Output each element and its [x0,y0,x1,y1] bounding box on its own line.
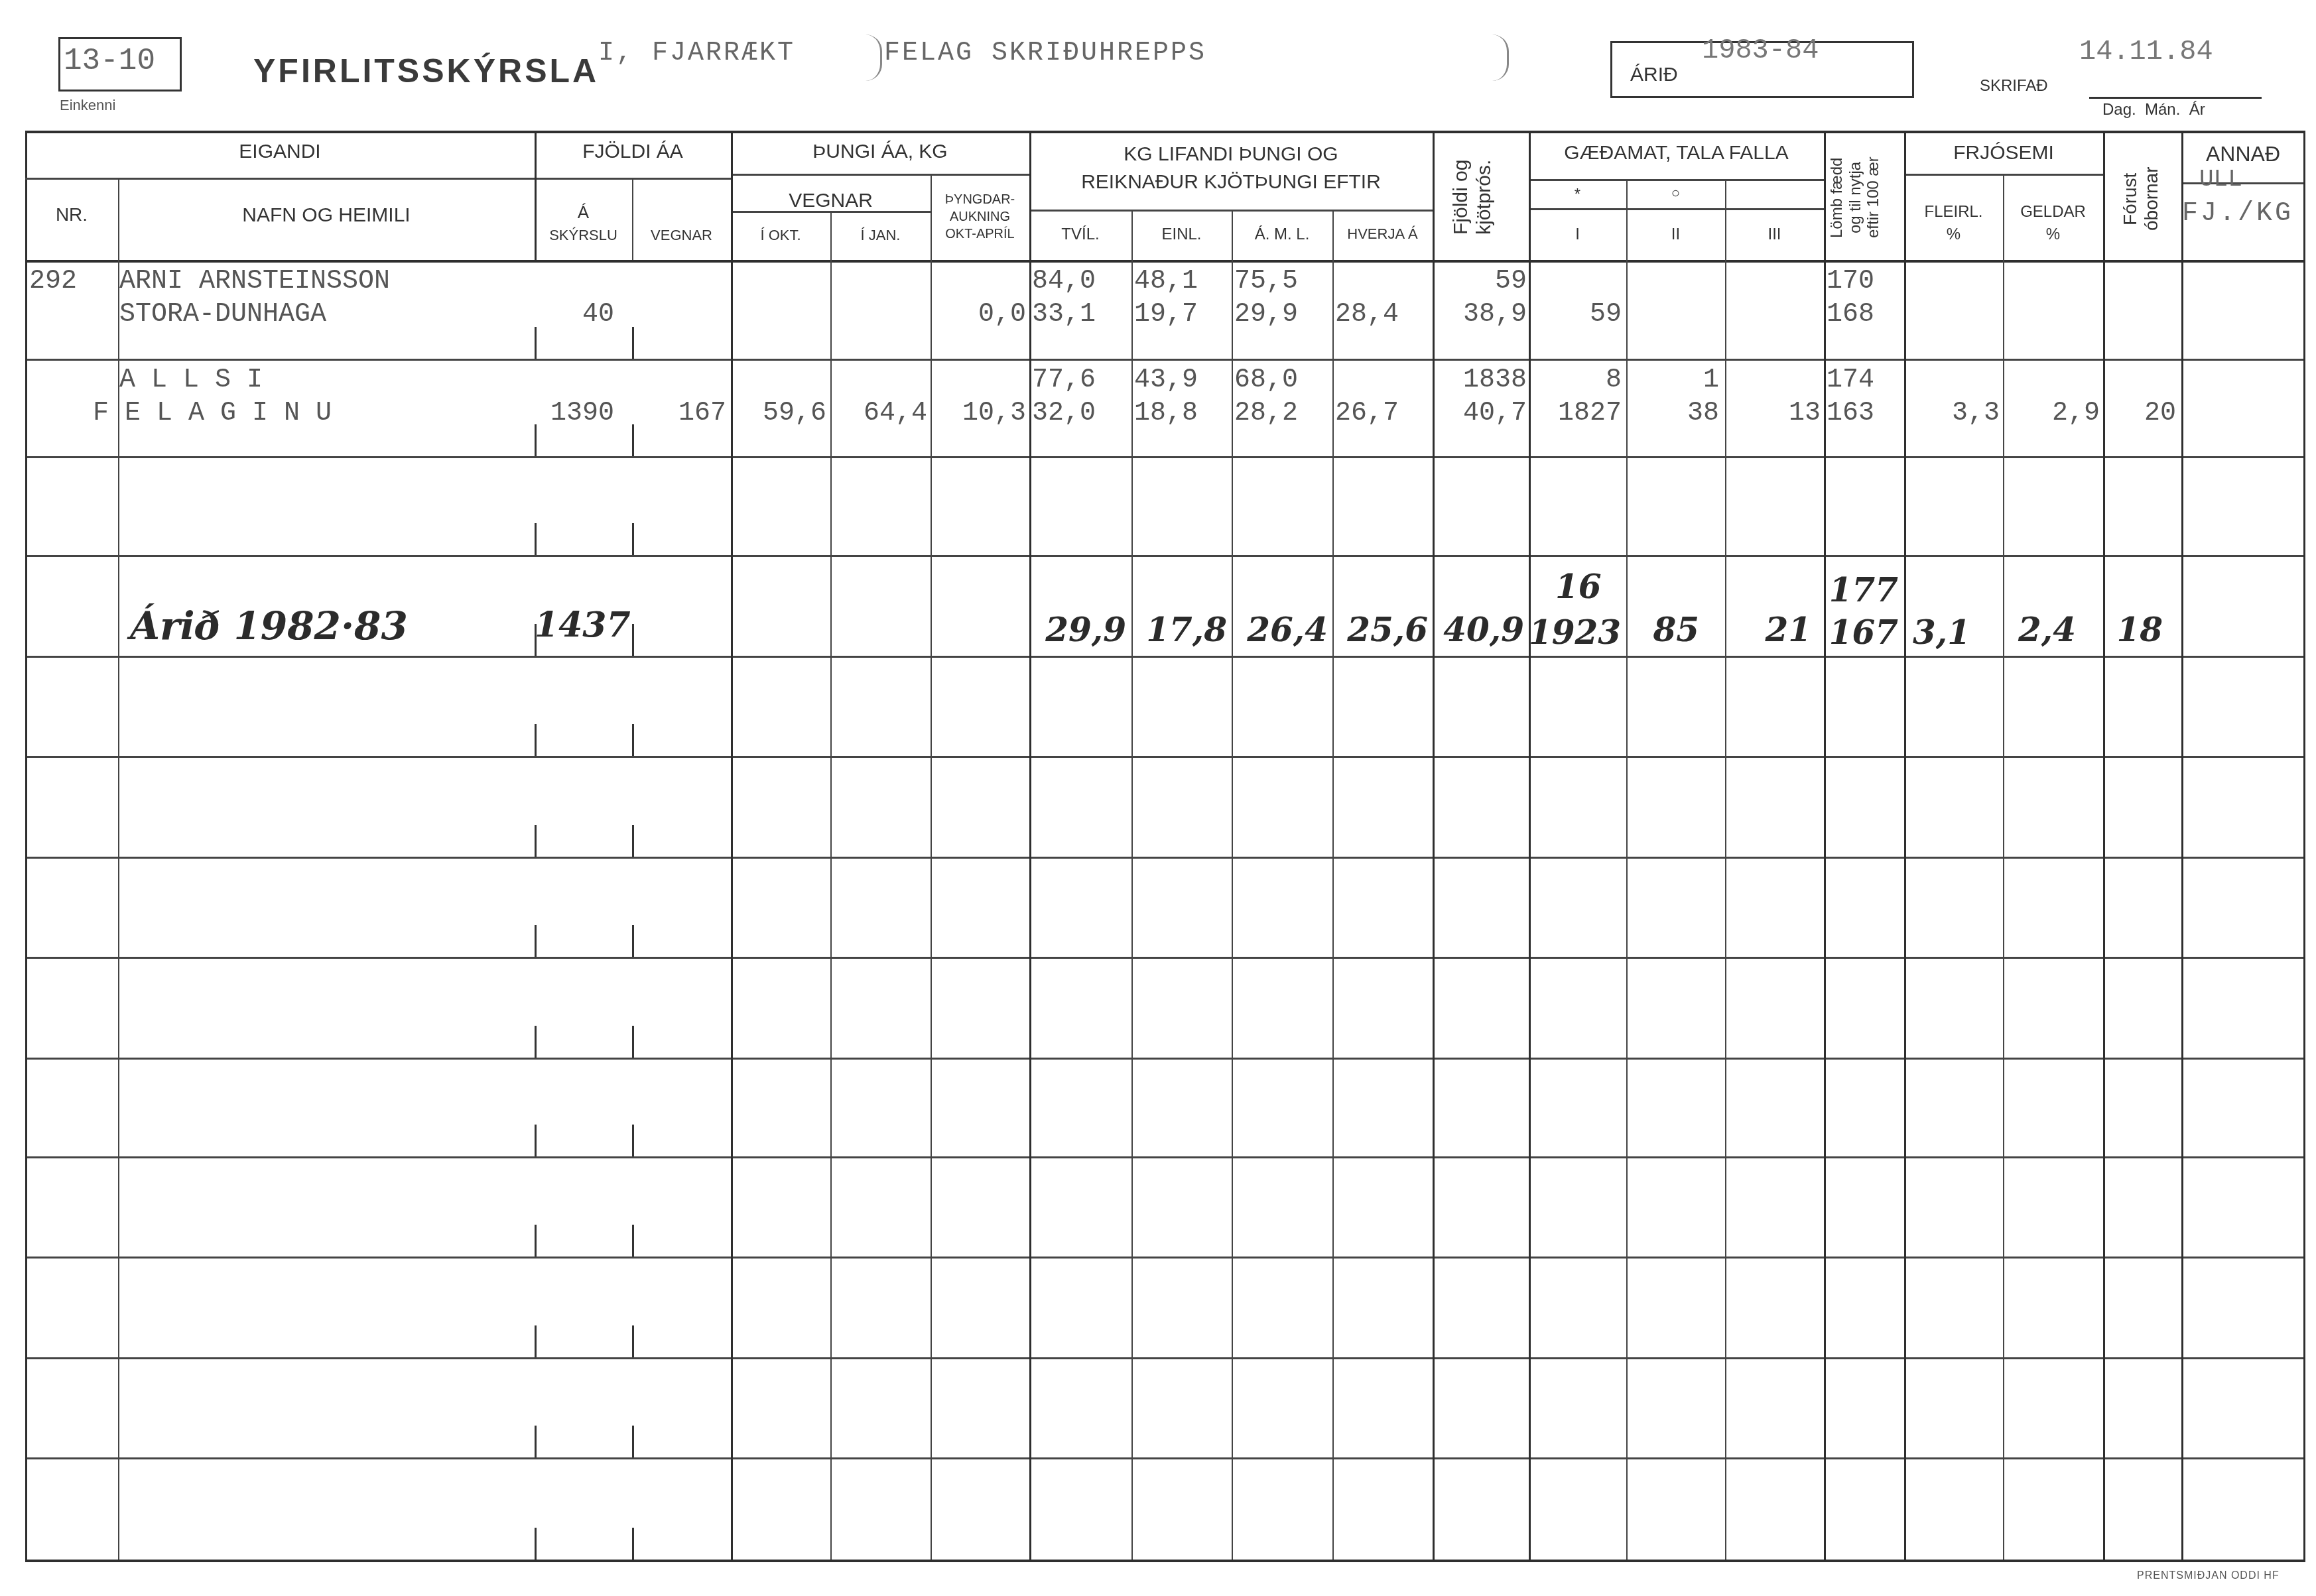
row-fjoldi_kjotpros-bottom: 40,7 [1435,399,1527,428]
header-forust: Fórust óbornar [2120,146,2162,252]
row-name-line2: F E L A G I N U [93,399,531,428]
header-ull-typed: ULL [2199,166,2242,193]
row-aml-bottom: 29,9 [1234,300,1330,330]
column-tick-mark [632,624,634,656]
column-tick-mark [535,327,537,359]
column-tick-mark [632,424,634,456]
written-label: SKRIFAÐ [1980,77,2048,95]
row-name-line1: A L L S I [119,365,531,395]
grid-line [2181,131,2183,1560]
typed-subtitle-association: I, FJARRÆKT [598,38,795,68]
row-vegnar: 167 [632,399,726,428]
id-box-value: 13-10 [64,44,155,78]
header-fleirl-1: FLEIRL. [1904,203,2003,221]
grid-line [25,656,2305,658]
header-i-okt: Í OKT. [731,227,830,244]
row-einl-bottom: 18,8 [1134,399,1229,428]
header-einl: EINL. [1131,225,1232,244]
column-tick-mark [632,523,634,555]
row-aml-bottom: 28,2 [1234,399,1330,428]
row-g1-bottom: 1827 [1531,399,1622,428]
column-tick-mark [535,825,537,857]
grid-line [25,1457,2305,1459]
column-tick-mark [535,1225,537,1257]
header-thyngdar-1: ÞYNGDAR- [931,192,1029,208]
header-eigandi: EIGANDI [25,141,535,163]
hw-geldar: 2,4 [2003,610,2076,649]
hw-g3: 21 [1725,610,1811,649]
column-tick-mark [535,523,537,555]
header-lomb: Lömb fædd og til nytja eftir 100 ær [1828,138,1883,257]
hw-a-skyrslu: 1437 [535,605,627,645]
hw-forust: 18 [2103,610,2163,649]
header-nafn: NAFN OG HEIMILI [118,204,535,227]
header-thungi-aa: ÞUNGI ÁA, KG [731,141,1029,163]
grid-line [2103,131,2105,1560]
header-g1: I [1529,225,1626,244]
row-aml-top: 68,0 [1234,365,1330,395]
header-annad: ANNAÐ [2181,142,2305,166]
grid-line [931,174,932,1560]
header-star: * [1529,186,1626,204]
row-tvil-top: 84,0 [1032,267,1129,296]
row-name-line2: STORA-DUNHAGA [119,300,557,330]
row-i-jan: 64,4 [830,399,927,428]
header-kg-lifandi-2: REIKNAÐUR KJÖTÞUNGI EFTIR [1029,171,1433,194]
row-name-line1: ARNI ARNSTEINSSON [119,267,531,296]
grid-line [830,260,832,1560]
column-tick-mark [535,925,537,957]
header-a-skyrslu-2: SKÝRSLU [535,227,632,244]
grid-line [1529,179,1824,181]
hw-g1-top: 16 [1555,567,1602,606]
column-tick-mark [535,1325,537,1357]
grid-line [1824,131,1826,1560]
column-tick-mark [632,724,634,756]
grid-line [1332,210,1334,1560]
row-tvil-bottom: 32,0 [1032,399,1129,428]
column-tick-mark [632,1528,634,1560]
header-fj-kg-typed: FJ./KG [2182,199,2293,229]
grid-line [2303,131,2305,1562]
grid-line [1232,210,1233,1560]
row-g1-bottom: 59 [1531,300,1622,330]
header-g2: II [1626,225,1725,244]
grid-line [1131,210,1133,1560]
row-einl-top: 48,1 [1134,267,1229,296]
column-tick-mark [632,825,634,857]
row-lomb-top: 174 [1827,365,1901,395]
row-geldar: 2,9 [2003,399,2100,428]
grid-line [731,174,1029,176]
column-tick-mark [632,1426,634,1457]
hw-einl: 17,8 [1131,610,1227,649]
row-a-skyrslu: 1390 [535,399,614,428]
header-tvil: TVÍL. [1029,225,1131,244]
row-lomb-bottom: 163 [1827,399,1901,428]
hw-fjoldi-kjotpros: 40,9 [1433,610,1524,649]
row-i-okt: 59,6 [731,399,826,428]
column-tick-mark [632,1026,634,1058]
header-vegnar: VEGNAR [632,227,731,244]
hw-label: Árið 1982·83 [130,603,408,648]
header-fleirl-2: % [1904,225,2003,244]
hw-hverjaa: 25,6 [1332,610,1428,649]
header-gaedamat: GÆÐAMAT, TALA FALLA [1529,142,1824,164]
row-tvil-top: 77,6 [1032,365,1129,395]
column-tick-mark [535,1528,537,1560]
grid-line [25,957,2305,959]
header-fjoldi-aa: FJÖLDI ÁA [535,141,731,163]
grid-line [1725,179,1726,1560]
row-g2-bottom: 38 [1629,399,1719,428]
bracket-right [1492,34,1509,81]
column-tick-mark [535,724,537,756]
year-label: ÁRIÐ [1630,64,1678,86]
grid-line [1626,179,1628,1560]
grid-line [25,1257,2305,1258]
row-fjoldi_kjotpros-bottom: 38,9 [1435,300,1527,330]
form-title: YFIRLITSSKÝRSLA [253,52,599,90]
row-aml-top: 75,5 [1234,267,1330,296]
row-g1-top: 8 [1531,365,1622,395]
grid-line [1529,131,1531,1560]
date-format-label: Dag. Mán. Ár [2102,101,2205,119]
grid-line [25,555,2305,557]
column-tick-mark [535,1125,537,1156]
row-lomb-top: 170 [1827,267,1901,296]
hw-fleirl: 3,1 [1904,613,1970,652]
row-thyngdaraukning: 10,3 [931,399,1026,428]
row-einl-bottom: 19,7 [1134,300,1229,330]
id-box-label: Einkenni [60,97,115,114]
header-thyngdar-2: AUKNING [931,210,1029,225]
column-tick-mark [535,1026,537,1058]
header-hverjaa: HVERJA Á [1332,225,1433,243]
row-einl-top: 43,9 [1134,365,1229,395]
row-fjoldi_kjotpros-top: 59 [1435,267,1527,296]
column-tick-mark [632,925,634,957]
hw-lomb-bottom: 167 [1824,613,1898,652]
grid-line [1029,131,1031,1560]
grid-line [1529,208,1824,210]
header-geldar-1: GELDAR [2003,203,2103,221]
grid-line [2003,174,2004,1560]
printer-credit: PRENTSMIÐJAN ODDI HF [2137,1570,2280,1582]
grid-line [25,131,2305,133]
column-tick-mark [535,1426,537,1457]
hw-lomb-top: 177 [1824,570,1898,609]
column-tick-mark [632,1125,634,1156]
written-date-line [2089,97,2262,99]
header-thyngdar-3: OKT-APRÍL [931,227,1029,242]
column-tick-mark [632,1225,634,1257]
grid-line [1433,131,1435,1560]
grid-line [1029,210,1433,212]
header-frjosemi: FRJÓSEMI [1904,142,2103,164]
grid-line [25,857,2305,859]
row-lomb-bottom: 168 [1827,300,1901,330]
grid-line [25,1058,2305,1060]
grid-line [25,1560,2305,1562]
typed-subtitle-name: FELAG SKRIÐUHREPPS [884,38,1206,68]
row-g2-top: 1 [1629,365,1719,395]
grid-line [25,756,2305,758]
header-nr: NR. [25,204,118,225]
header-geldar-2: % [2003,225,2103,244]
row-g3-bottom: 13 [1728,399,1821,428]
hw-g2: 85 [1626,610,1699,649]
year-value: 1983-84 [1702,34,1819,66]
row-forust: 20 [2103,399,2176,428]
grid-line [632,178,633,260]
header-i-jan: Í JAN. [830,227,931,244]
column-tick-mark [535,424,537,456]
header-aml: Á. M. L. [1232,225,1332,244]
row-thyngdaraukning: 0,0 [931,300,1026,330]
header-a-skyrslu-1: Á [535,202,632,223]
column-tick-mark [632,1325,634,1357]
row-hverjaa-bottom: 28,4 [1335,300,1429,330]
grid-line [25,131,27,1562]
row-tvil-bottom: 33,1 [1032,300,1129,330]
grid-line [1904,131,1906,1560]
grid-line [25,1156,2305,1158]
grid-line [25,260,2305,263]
header-circle: ○ [1626,184,1725,202]
hw-g1-bottom: 1923 [1529,613,1616,652]
header-kg-lifandi-1: KG LIFANDI ÞUNGI OG [1029,143,1433,166]
grid-line [731,131,733,1560]
row-a-skyrslu: 40 [535,300,614,330]
grid-line [25,178,535,180]
row-fjoldi_kjotpros-top: 1838 [1435,365,1527,395]
column-tick-mark [632,327,634,359]
row-hverjaa-bottom: 26,7 [1335,399,1429,428]
bracket-left [866,34,882,81]
grid-line [25,456,2305,458]
row-nr: 292 [29,267,115,296]
hw-tvil: 29,9 [1029,610,1126,649]
grid-line [25,359,2305,361]
grid-line [25,1357,2305,1359]
written-date: 14.11.84 [2079,36,2213,68]
header-fjoldi-kjotpros: Fjöldi og kjötprós. [1450,141,1496,253]
row-fleirl: 3,3 [1904,399,2000,428]
hw-aml: 26,4 [1232,610,1328,649]
header-thungi-vegnar: VEGNAR [731,190,931,212]
header-g3: III [1725,225,1824,244]
